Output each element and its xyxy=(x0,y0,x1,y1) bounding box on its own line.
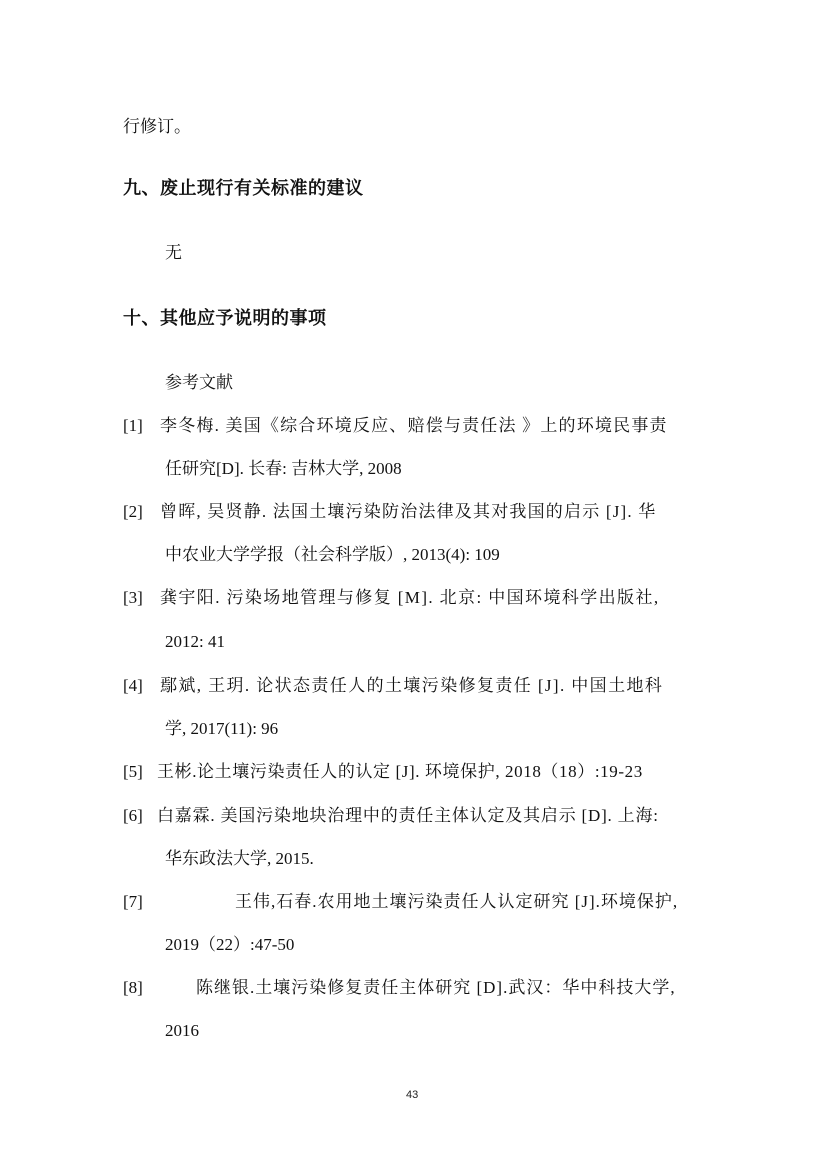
reference-line: 任研究[D]. 长春: 吉林大学, 2008 xyxy=(165,459,402,479)
section-heading-9: 九、废止现行有关标准的建议 xyxy=(123,178,364,200)
reference-line: 学, 2017(11): 96 xyxy=(165,719,278,739)
reference-line: 2019（22）:47-50 xyxy=(165,935,294,955)
reference-number: [4] xyxy=(123,676,143,696)
continuation-text: 行修订。 xyxy=(123,117,191,137)
reference-line: 李冬梅. 美国《综合环境反应、赔偿与责任法 》上的环境民事责 xyxy=(160,416,668,436)
reference-line: 陈继银.土壤污染修复责任主体研究 [D].武汉：华中科技大学, xyxy=(196,978,676,998)
reference-number: [3] xyxy=(123,588,143,608)
reference-number: [2] xyxy=(123,502,143,522)
reference-number: [5] xyxy=(123,762,143,782)
section-heading-10: 十、其他应予说明的事项 xyxy=(123,308,327,330)
reference-line: 龚宇阳. 污染场地管理与修复 [M]. 北京: 中国环境科学出版社, xyxy=(160,588,660,608)
references-title: 参考文献 xyxy=(165,373,233,393)
reference-line: 2012: 41 xyxy=(165,632,225,652)
reference-line: 华东政法大学, 2015. xyxy=(165,849,314,869)
section-body-9: 无 xyxy=(165,243,182,263)
reference-number: [8] xyxy=(123,978,143,998)
reference-line: 鄢斌, 王玥. 论状态责任人的土壤污染修复责任 [J]. 中国土地科 xyxy=(160,676,663,696)
page-number: 43 xyxy=(406,1088,418,1102)
reference-number: [6] xyxy=(123,806,143,826)
reference-line: 王彬.论土壤污染责任人的认定 [J]. 环境保护, 2018（18）:19-23 xyxy=(157,762,643,782)
reference-number: [7] xyxy=(123,892,143,912)
reference-line: 中农业大学学报（社会科学版）, 2013(4): 109 xyxy=(165,545,500,565)
reference-line: 曾晖, 吴贤静. 法国土壤污染防治法律及其对我国的启示 [J]. 华 xyxy=(160,502,657,522)
reference-line: 白嘉霖. 美国污染地块治理中的责任主体认定及其启示 [D]. 上海: xyxy=(157,806,659,826)
reference-line: 2016 xyxy=(165,1021,199,1041)
reference-number: [1] xyxy=(123,416,143,436)
reference-line: 王伟,石春.农用地土壤污染责任人认定研究 [J].环境保护, xyxy=(235,892,678,912)
